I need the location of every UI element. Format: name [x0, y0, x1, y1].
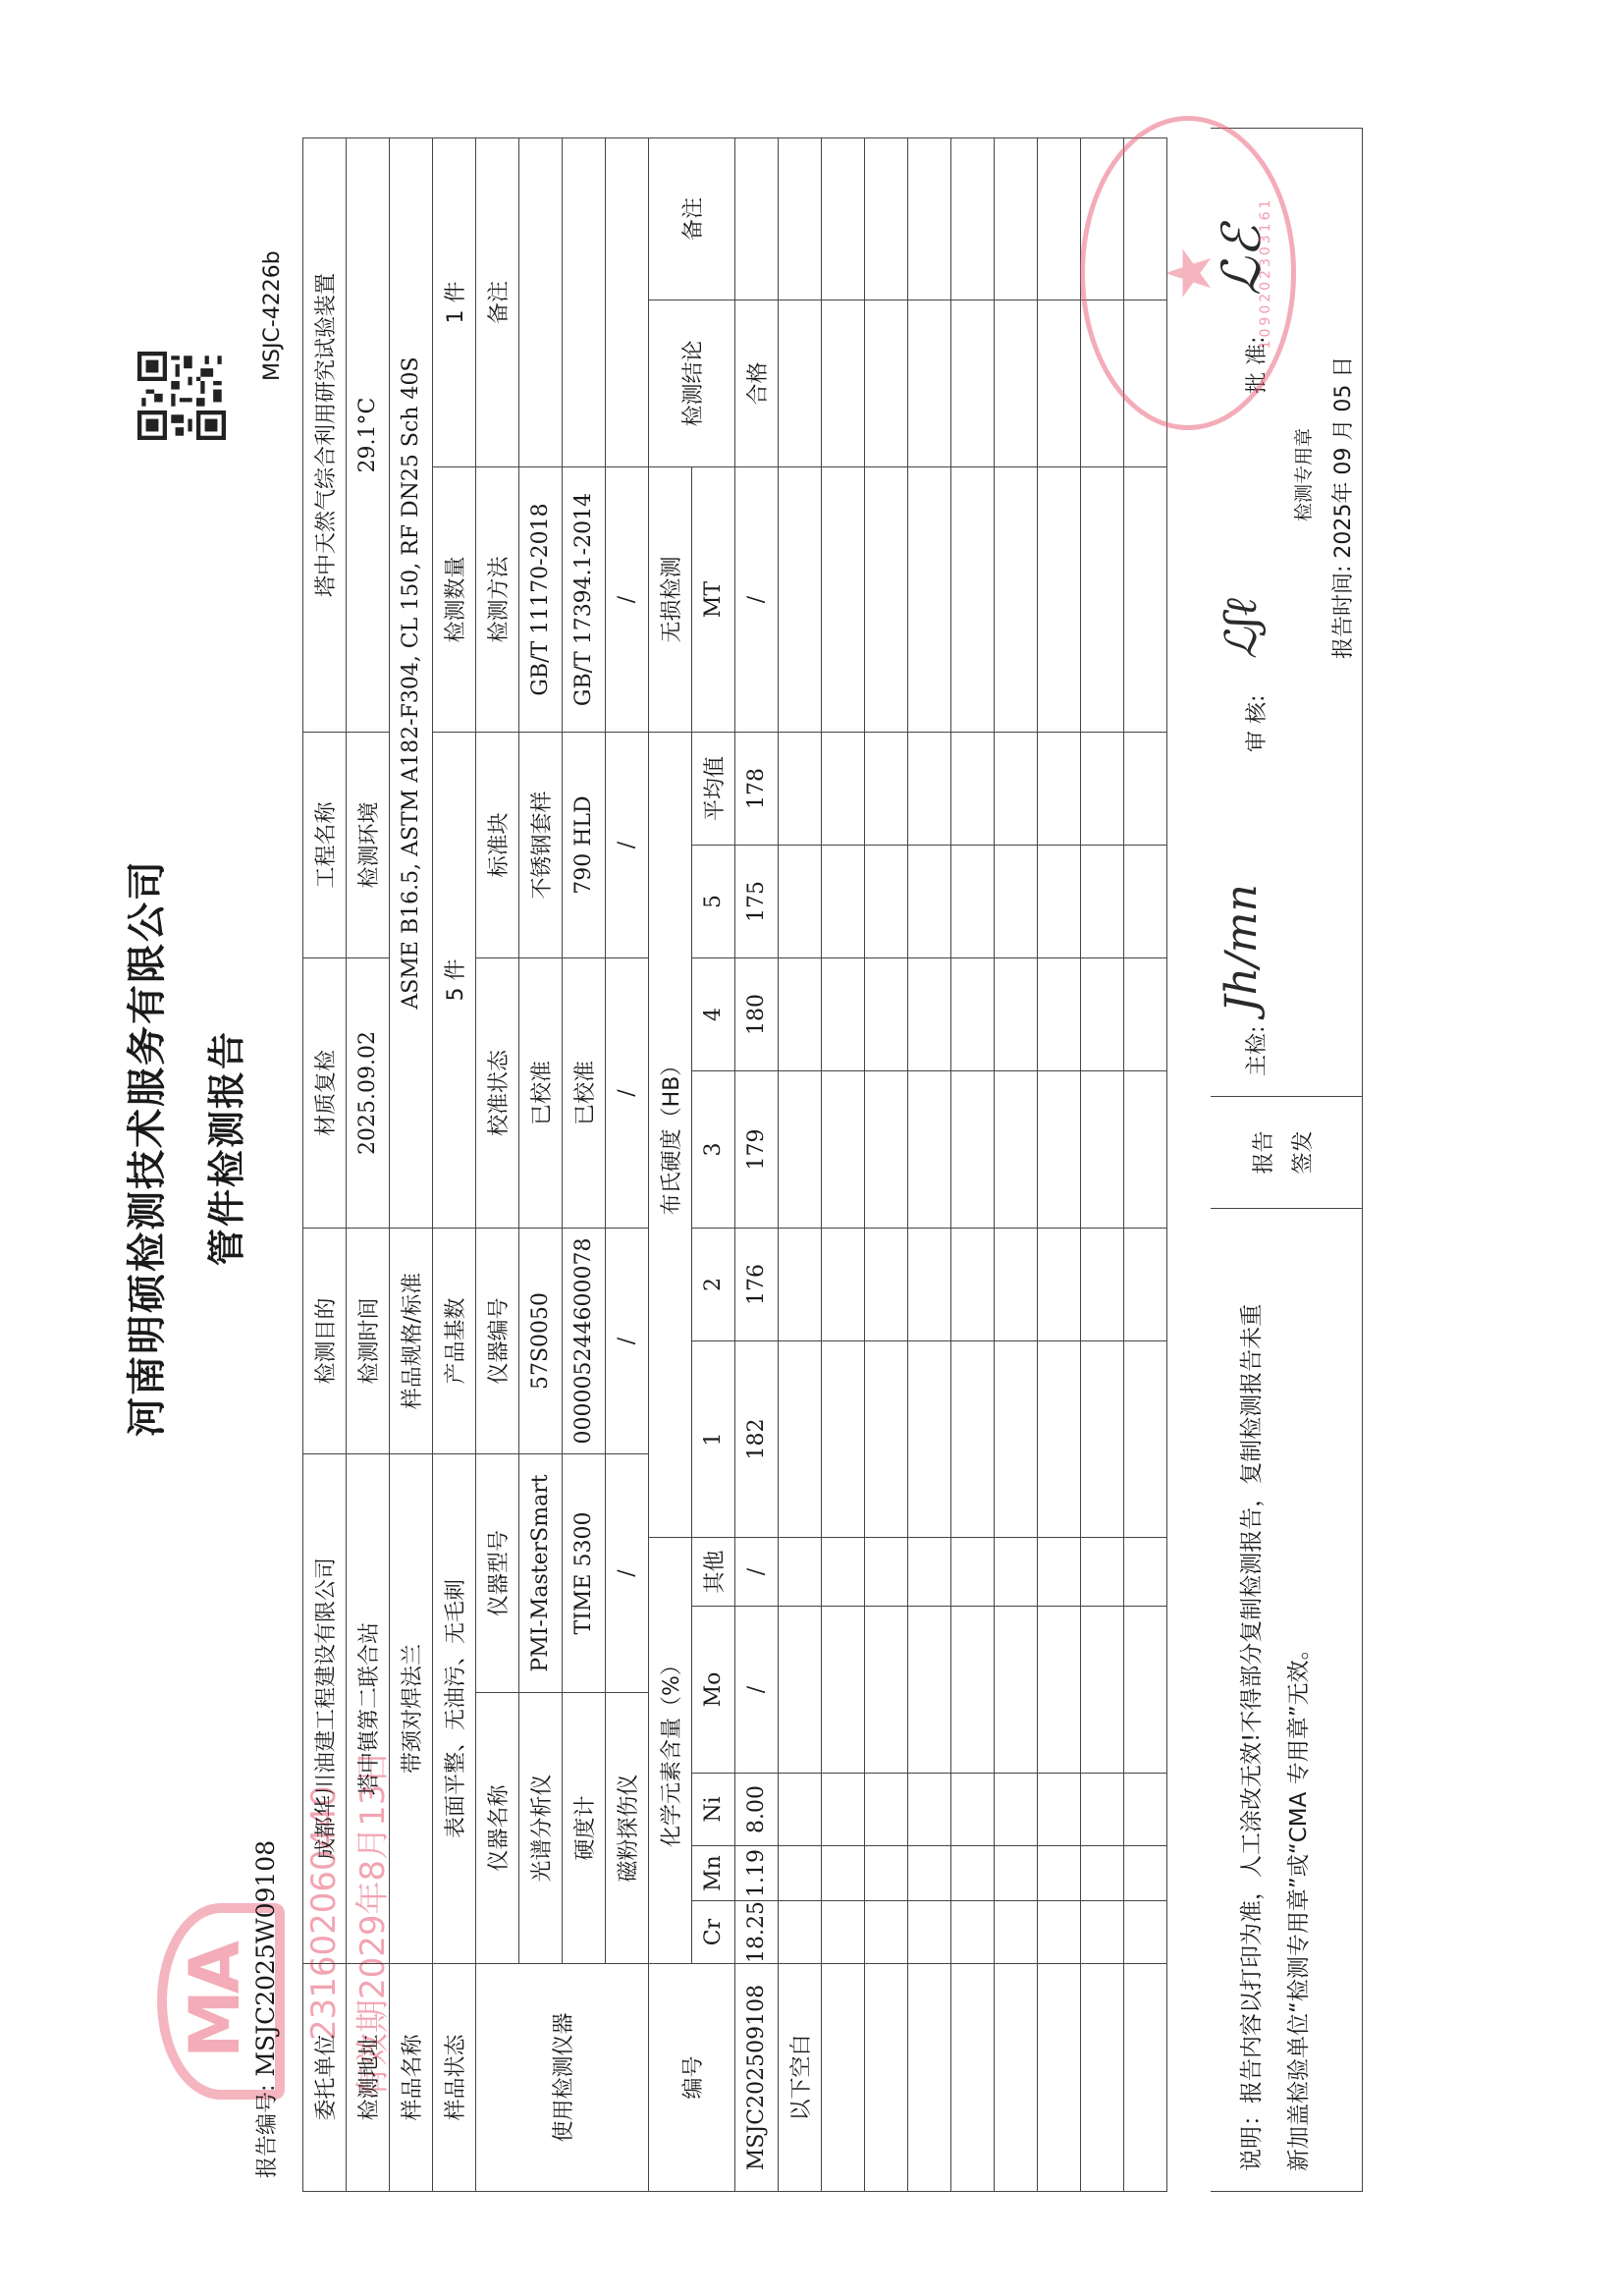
chem-mo: /	[735, 1607, 779, 1774]
instrument-calibration: /	[606, 958, 649, 1229]
instrument-col-model: 仪器型号	[476, 1454, 519, 1693]
instrument-col-name: 仪器名称	[476, 1693, 519, 1964]
seal-number: 1090202303161	[1258, 121, 1273, 425]
sample-name-label: 样品名称	[390, 1964, 433, 2192]
site-label: 检测地址	[347, 1964, 390, 2192]
instrument-col-remark: 备注	[476, 138, 519, 467]
form-code: MSJC-4226b	[260, 250, 285, 381]
hb-2: 176	[735, 1229, 779, 1341]
hb-3: 179	[735, 1071, 779, 1229]
chem-col-mn: Mn	[692, 1846, 735, 1901]
inspector-signature: Jh/mn	[1217, 884, 1267, 1012]
hb-col-avg: 平均值	[692, 733, 735, 846]
disclaimer-note: 说明：报告内容以打印为准，人工涂改无效!不得部分复制检测报告，复制检测报告未重新…	[1228, 1287, 1323, 2171]
instrument-block: /	[606, 733, 649, 958]
info-row: 委托单位 成都华川油建工程建设有限公司 检测目的 材质复检 工程名称 塔中天然气…	[303, 138, 347, 2192]
report-issue-box: 报告 签发	[1211, 1096, 1363, 1209]
inspector-label: 主检:	[1240, 1026, 1271, 1076]
chem-other: /	[735, 1538, 779, 1607]
hb-col-1: 1	[692, 1341, 735, 1538]
empty-row	[822, 138, 865, 2192]
env-label: 检测环境	[347, 733, 390, 958]
company-name: 河南明硕检测技术服务有限公司	[116, 0, 172, 2296]
info-row: 样品名称 带颈对焊法兰 样品规格/标准 ASME B16.5, ASTM A18…	[390, 138, 433, 2192]
remark	[735, 138, 779, 301]
instrument-number: 000005244600078	[563, 1229, 606, 1454]
empty-row	[1038, 138, 1081, 2192]
instrument-model: TIME 5300	[563, 1454, 606, 1693]
qty-label: 检测数量	[433, 467, 476, 733]
env-value: 29.1°C	[347, 138, 390, 733]
blank-marker: 以下空白	[779, 1964, 822, 2192]
conclusion-col-header: 检测结论	[649, 301, 735, 467]
instrument-block: 不锈钢套样	[519, 733, 563, 958]
instrument-header-row: 使用检测仪器 仪器名称 仪器型号 仪器编号 校准状态 标准块 检测方法 备注	[476, 138, 519, 2192]
time-value: 2025.09.02	[347, 958, 390, 1229]
report-date: 报告时间: 2025年 09 月 05 日	[1326, 356, 1357, 659]
hb-col-4: 4	[692, 958, 735, 1071]
empty-row	[951, 138, 995, 2192]
blank-row: 以下空白	[779, 138, 822, 2192]
chem-mn: 1.19	[735, 1846, 779, 1901]
ndt-col-mt: MT	[692, 467, 735, 733]
conclusion: 合格	[735, 301, 779, 467]
instrument-method: /	[606, 467, 649, 733]
spec-value: ASME B16.5, ASTM A182-F304, CL 150, RF D…	[390, 138, 433, 1229]
instrument-name: 光谱分析仪	[519, 1693, 563, 1964]
hb-4: 180	[735, 958, 779, 1071]
qty-value: 1 件	[433, 138, 476, 467]
chem-col-cr: Cr	[692, 1901, 735, 1964]
instrument-calibration: 已校准	[563, 958, 606, 1229]
instrument-remark	[563, 138, 606, 467]
base-count-label: 产品基数	[433, 1229, 476, 1454]
base-count-value: 5 件	[433, 733, 476, 1229]
report-number-value: MSJC2025W09108	[251, 1840, 280, 2077]
instrument-name: 硬度计	[563, 1693, 606, 1964]
results-header-row: 编号 化学元素含量（%） 布氏硬度（HB） 无损检测 检测结论 备注	[649, 138, 692, 2192]
chem-cr: 18.25	[735, 1901, 779, 1964]
issue-label-line1: 报告	[1245, 1097, 1284, 1208]
hb-1: 182	[735, 1341, 779, 1538]
instrument-col-calibration: 校准状态	[476, 958, 519, 1229]
instrument-remark	[519, 138, 563, 467]
instrument-col-block: 标准块	[476, 733, 519, 958]
instrument-row: 硬度计 TIME 5300 000005244600078 已校准 790 HL…	[563, 138, 606, 2192]
chem-col-other: 其他	[692, 1538, 735, 1607]
project-label: 工程名称	[303, 733, 347, 958]
client-label: 委托单位	[303, 1964, 347, 2192]
instrument-calibration: 已校准	[519, 958, 563, 1229]
instrument-model: PMI-MasterSmart	[519, 1454, 563, 1693]
report-footer: 说明：报告内容以打印为准，人工涂改无效!不得部分复制检测报告，复制检测报告未重新…	[1211, 128, 1363, 2192]
instrument-row: 磁粉探伤仪 / / / / /	[606, 138, 649, 2192]
empty-row	[865, 138, 908, 2192]
empty-row	[1081, 138, 1124, 2192]
instrument-remark	[606, 138, 649, 467]
ndt-mt: /	[735, 467, 779, 733]
instrument-col-method: 检测方法	[476, 467, 519, 733]
ndt-group-header: 无损检测	[649, 467, 692, 733]
sample-state-label: 样品状态	[433, 1964, 476, 2192]
hb-group-header: 布氏硬度（HB）	[649, 733, 692, 1538]
sample-state-value: 表面平整、无油污、无毛刺	[433, 1454, 476, 1964]
purpose-value: 材质复检	[303, 958, 347, 1229]
inspection-seal: ★ 1090202303161	[1080, 116, 1296, 430]
chem-col-mo: Mo	[692, 1607, 735, 1774]
hb-avg: 178	[735, 733, 779, 846]
chem-group-header: 化学元素含量（%）	[649, 1538, 692, 1964]
issue-label-line2: 签发	[1284, 1097, 1324, 1208]
instrument-col-number: 仪器编号	[476, 1229, 519, 1454]
remark-col-header: 备注	[649, 138, 735, 301]
sample-id: MSJC202509108	[735, 1964, 779, 2192]
info-row: 样品状态 表面平整、无油污、无毛刺 产品基数 5 件 检测数量 1 件	[433, 138, 476, 2192]
instrument-model: /	[606, 1454, 649, 1693]
client-value: 成都华川油建工程建设有限公司	[303, 1454, 347, 1964]
site-value: 塔中镇第二联合站	[347, 1454, 390, 1964]
seal-caption: 检测专用章	[1289, 428, 1316, 521]
instrument-row: 光谱分析仪 PMI-MasterSmart 57S0050 已校准 不锈钢套样 …	[519, 138, 563, 2192]
hb-5: 175	[735, 846, 779, 958]
empty-row	[995, 138, 1038, 2192]
report-table: 委托单位 成都华川油建工程建设有限公司 检测目的 材质复检 工程名称 塔中天然气…	[302, 137, 1167, 2192]
instrument-method: GB/T 17394.1-2014	[563, 467, 606, 733]
report-date-value: 2025年 09 月 05 日	[1331, 356, 1356, 559]
hb-col-3: 3	[692, 1071, 735, 1229]
report-date-label: 报告时间:	[1331, 566, 1356, 659]
hb-col-2: 2	[692, 1229, 735, 1341]
id-col-header: 编号	[649, 1964, 735, 2192]
spec-label: 样品规格/标准	[390, 1229, 433, 1454]
reviewer-signature: ℒʃℓ	[1217, 598, 1267, 659]
instrument-method: GB/T 11170-2018	[519, 467, 563, 733]
time-label: 检测时间	[347, 1229, 390, 1454]
project-value: 塔中天然气综合利用研究试验装置	[303, 138, 347, 733]
instrument-number: 57S0050	[519, 1229, 563, 1454]
instruments-label: 使用检测仪器	[476, 1964, 649, 2192]
empty-row	[908, 138, 951, 2192]
report-number: 报告编号: MSJC2025W09108	[250, 1840, 281, 2178]
hb-col-5: 5	[692, 846, 735, 958]
result-row: MSJC202509108 18.25 1.19 8.00 / / 182 17…	[735, 138, 779, 2192]
report-page: MSJC-4226b 河南明硕检测技术服务有限公司 管件检测报告 MA 2316…	[0, 0, 1623, 2296]
instrument-name: 磁粉探伤仪	[606, 1693, 649, 1964]
purpose-label: 检测目的	[303, 1229, 347, 1454]
chem-col-ni: Ni	[692, 1774, 735, 1846]
sample-name-value: 带颈对焊法兰	[390, 1454, 433, 1964]
info-row: 检测地址 塔中镇第二联合站 检测时间 2025.09.02 检测环境 29.1°…	[347, 138, 390, 2192]
instrument-block: 790 HLD	[563, 733, 606, 958]
empty-row	[1124, 138, 1167, 2192]
instrument-number: /	[606, 1229, 649, 1454]
report-number-label: 报告编号:	[255, 2085, 280, 2178]
reviewer-label: 审 核:	[1240, 695, 1271, 752]
chem-ni: 8.00	[735, 1774, 779, 1846]
